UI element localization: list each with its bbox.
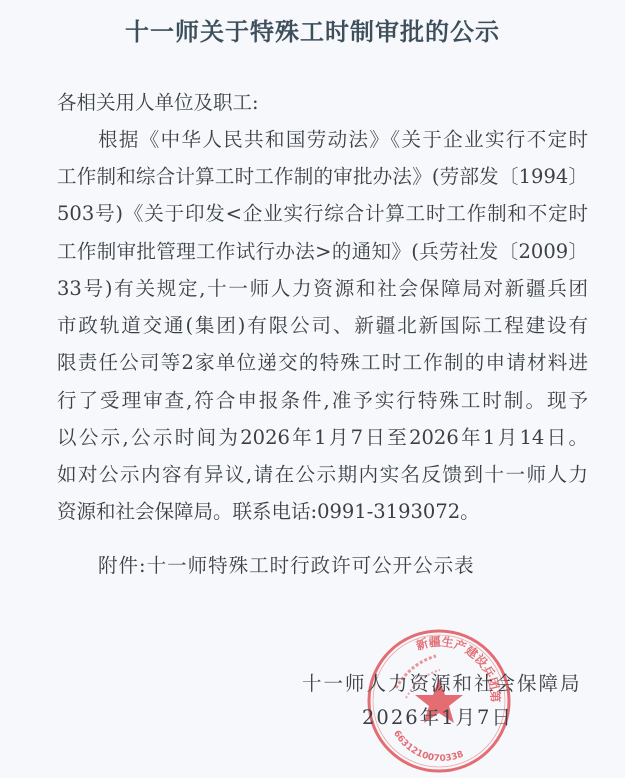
document-title: 十一师关于特殊工时制审批的公示 [0, 12, 625, 47]
body-line: 行了受理审查,符合申报条件,准予实行特殊工时制。现予 [57, 388, 588, 414]
body-line: 工作制和综合计算工时工作制的审批办法》(劳部发〔1994〕 [57, 164, 588, 190]
body-line: 工作制审批管理工作试行办法>的通知》(兵劳社发〔2009〕 [57, 239, 588, 265]
body-line: 以公示,公示时间为2026年1月7日至2026年1月14日。 [57, 425, 588, 451]
body-line: 资源和社会保障局。联系电话:0991-3193072。 [57, 499, 588, 525]
body-line: 33号)有关规定,十一师人力资源和社会保障局对新疆兵团 [57, 276, 588, 302]
body-line: 根据《中华人民共和国劳动法》《关于企业实行不定时 [98, 127, 588, 153]
salutation: 各相关用人单位及职工: [57, 90, 588, 116]
signature-date: 2026年1月7日 [362, 705, 513, 731]
body-line: 如对公示内容有异议,请在公示期内实名反馈到十一师人力 [57, 462, 588, 488]
official-seal: 新疆生产建设兵团第十一师 6631210070338 [366, 628, 512, 774]
annex-line: 附件:十一师特殊工时行政许可公开公示表 [98, 553, 475, 579]
signature-organization: 十一师人力资源和社会保障局 [302, 671, 582, 697]
body-line: 市政轨道交通(集团)有限公司、新疆北新国际工程建设有 [57, 313, 588, 339]
document-page: 十一师关于特殊工时制审批的公示 各相关用人单位及职工: 根据《中华人民共和国劳动… [0, 0, 625, 778]
body-line: 限责任公司等2家单位递交的特殊工时工作制的申请材料进 [57, 350, 588, 376]
body-line: 503号)《关于印发<企业实行综合计算工时工作制和不定时 [57, 201, 588, 227]
